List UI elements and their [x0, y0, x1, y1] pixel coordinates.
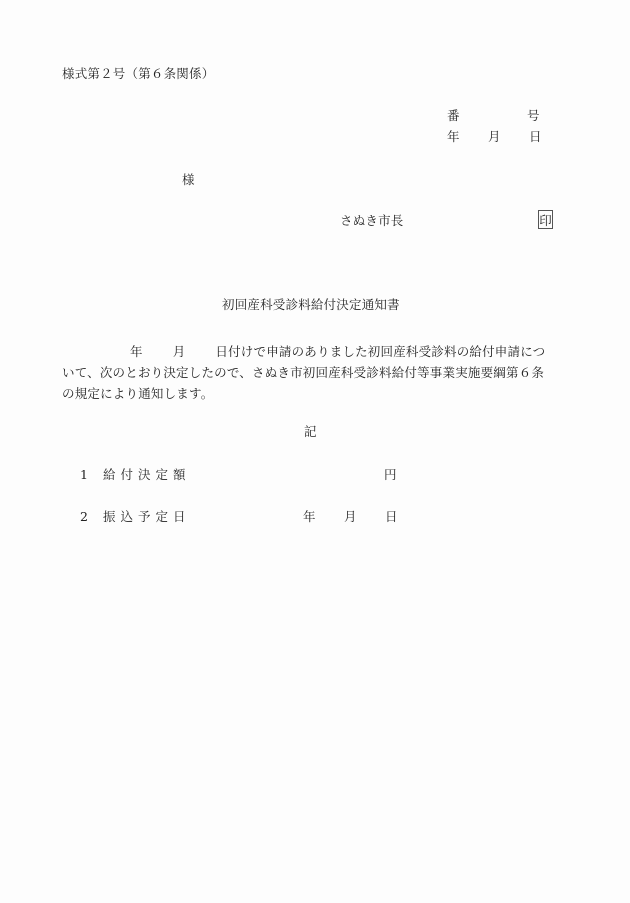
item-value-unit: 円: [384, 467, 397, 483]
form-label: 様式第２号（第６条関係）: [62, 66, 214, 82]
body-line-3: の規定により通知します。: [62, 383, 582, 404]
item-number: 2: [80, 509, 88, 525]
item-value-day: 日: [385, 509, 398, 525]
item-value-month: 月: [344, 509, 357, 525]
reference-date-month: 月: [488, 129, 501, 145]
body-year: 年: [130, 344, 143, 359]
body-paragraph: 年月日付けで申請のありました初回産科受診料の給付申請につ いて、次のとおり決定し…: [62, 341, 582, 404]
document-title: 初回産科受診料給付決定通知書: [222, 297, 400, 313]
item-label: 振込予定日: [103, 509, 191, 525]
reference-date-year: 年: [447, 129, 460, 145]
body-line-1: 年月日付けで申請のありました初回産科受診料の給付申請につ: [62, 341, 582, 362]
note-heading: 記: [304, 424, 317, 440]
body-line-1-text: 日付けで申請のありました初回産科受診料の給付申請につ: [215, 344, 545, 359]
document-page: 様式第２号（第６条関係） 番 号 年 月 日 様 さぬき市長 印 初回産科受診料…: [0, 0, 630, 903]
reference-number-suffix: 号: [527, 108, 540, 124]
addressee-honorific: 様: [182, 172, 195, 188]
body-month: 月: [173, 344, 186, 359]
item-label: 給付決定額: [103, 467, 191, 483]
item-number: 1: [80, 467, 88, 483]
body-line-2: いて、次のとおり決定したので、さぬき市初回産科受診料給付等事業実施要綱第６条: [62, 362, 582, 383]
reference-number-label: 番: [447, 108, 460, 124]
item-value-year: 年: [303, 509, 316, 525]
reference-date-day: 日: [529, 129, 542, 145]
seal-mark: 印: [538, 210, 553, 229]
issuer-title: さぬき市長: [340, 213, 404, 229]
